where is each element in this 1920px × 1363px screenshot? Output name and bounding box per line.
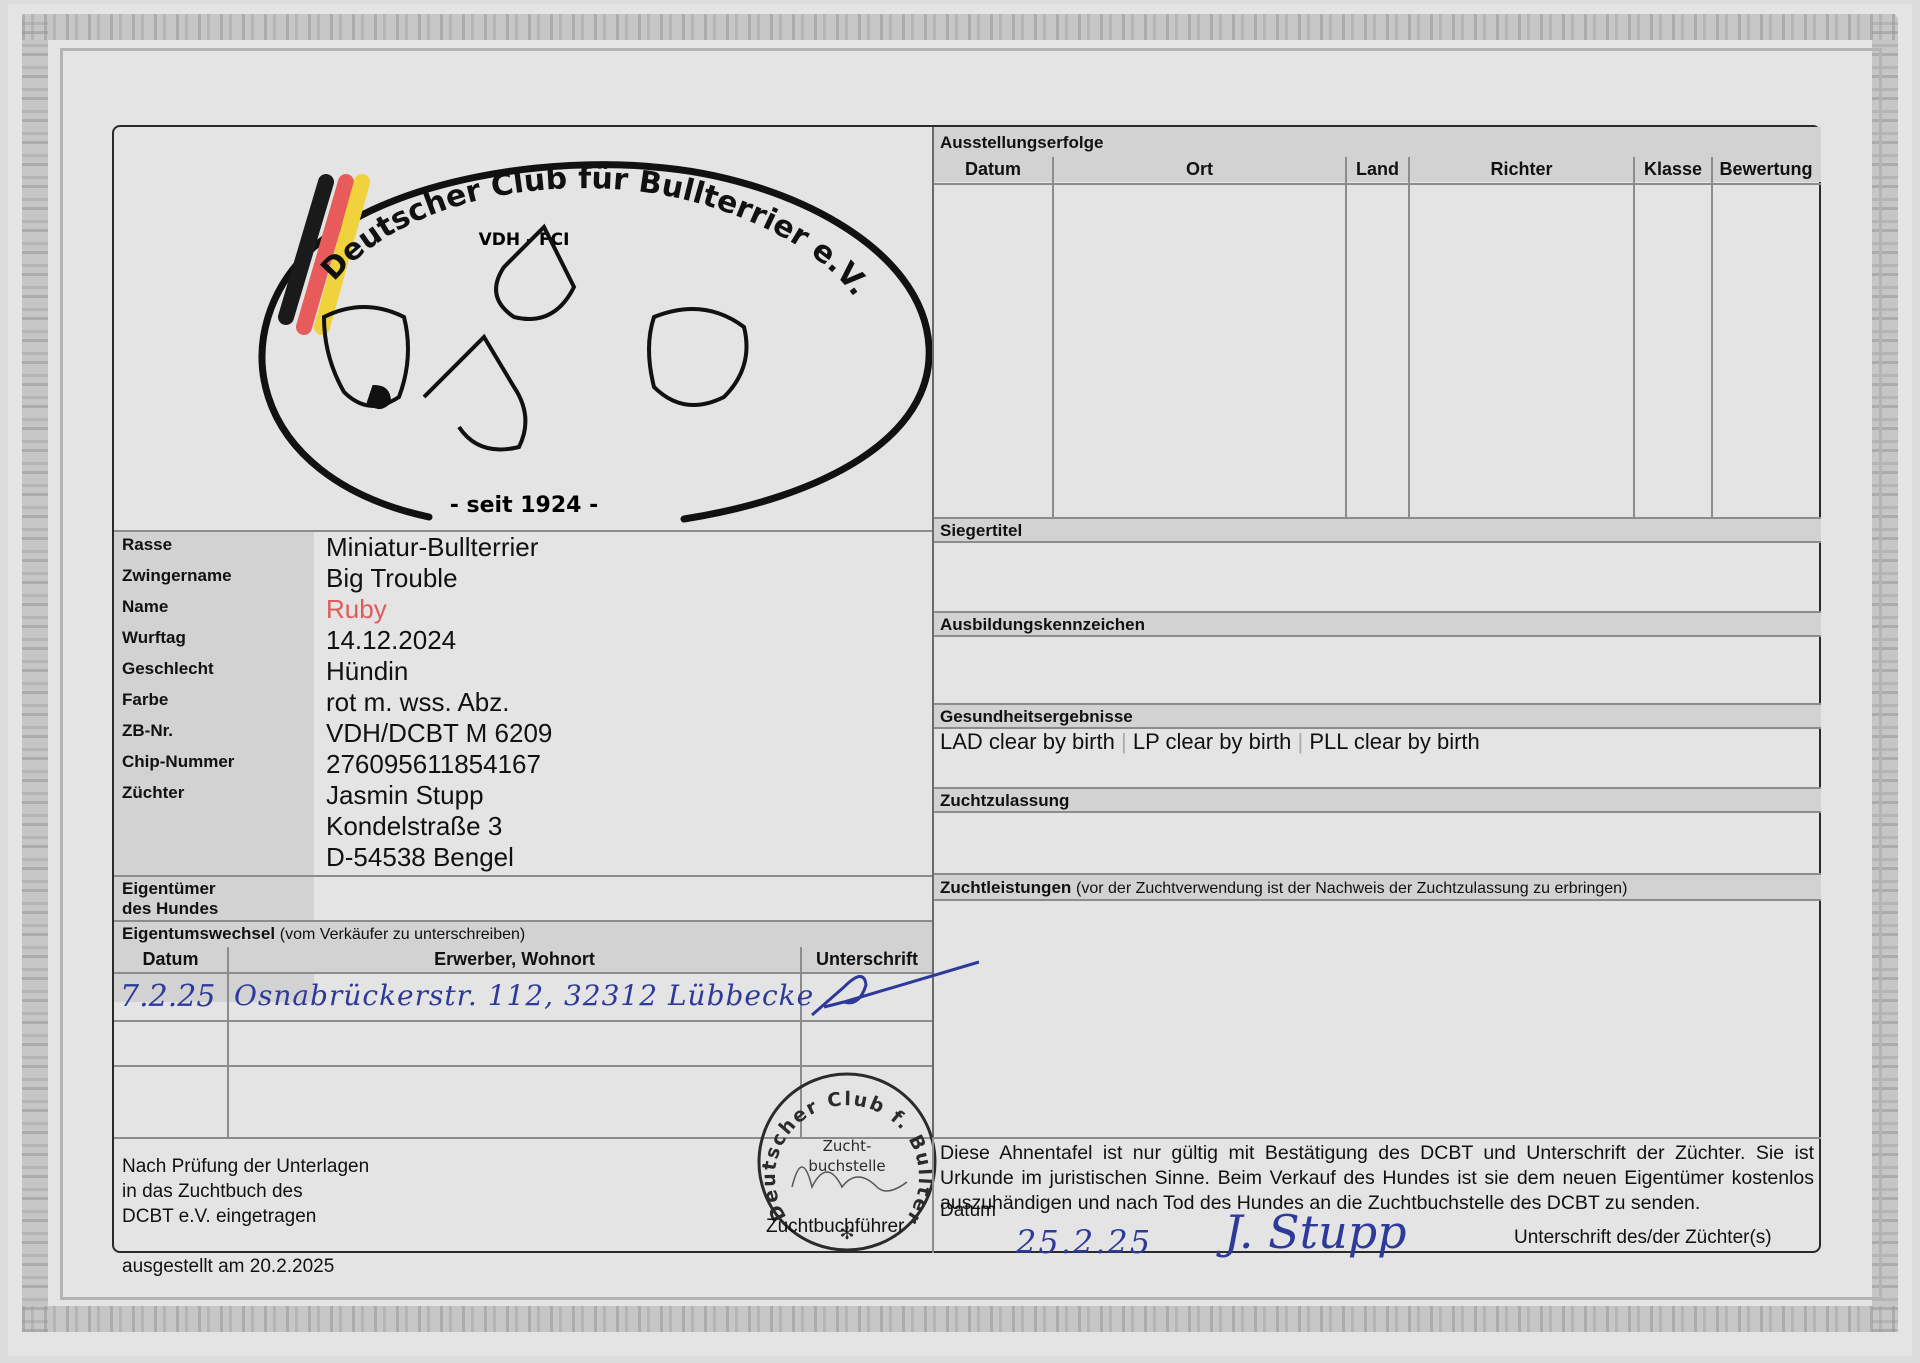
value-zb-nr: VDH/DCBT M 6209 [326,718,552,749]
zuchtzulassung-title: Zuchtzulassung [940,791,1069,811]
label-rasse: Rasse [122,535,172,555]
label-wurftag: Wurftag [122,628,186,648]
col-land: Land [1347,159,1408,180]
col-owner-datum: Datum [114,949,227,970]
health-results: LAD clear by birth | LP clear by birth |… [940,729,1480,755]
svg-text:Deutscher Club für Bullterrier: Deutscher Club für Bullterrier e.V. [314,161,876,302]
label-farbe: Farbe [122,690,168,710]
zuchtbuchfuehrer-label: Zuchtbuchführer [766,1214,904,1239]
club-name: Deutscher Club für Bullterrier e.V. [314,161,876,302]
registration-line1: Nach Prüfung der Unterlagen [122,1154,369,1179]
since-year: - seit 1924 - [450,493,599,518]
breeder-signature: J. Stupp [1224,1205,1407,1259]
ausbildung-title: Ausbildungskennzeichen [940,615,1145,635]
col-datum: Datum [934,159,1052,180]
ownership-change-title: Eigentumswechsel [122,924,275,943]
value-zuechter-name: Jasmin Stupp [326,780,484,811]
validity-date-value: 25.2.25 [1016,1223,1152,1261]
value-name: Ruby [326,594,387,625]
club-logo: Deutscher Club für Bullterrier e.V. VDH … [224,147,944,527]
registration-line2: in das Zuchtbuch des [122,1179,303,1204]
value-geschlecht: Hündin [326,656,408,687]
col-erwerber: Erwerber, Wohnort [229,949,800,970]
health-lp: LP clear by birth [1133,729,1292,754]
label-owner-line1: Eigentümer [122,879,216,899]
health-pll: PLL clear by birth [1309,729,1479,754]
registration-line3: DCBT e.V. eingetragen [122,1204,316,1229]
label-zb-nr: ZB-Nr. [122,721,173,741]
owner-field[interactable] [314,877,932,920]
col-richter: Richter [1410,159,1633,180]
label-zwingername: Zwingername [122,566,232,586]
col-ort: Ort [1054,159,1345,180]
owner-change-date: 7.2.25 [120,979,215,1014]
validity-date-label: Datum [940,1198,996,1223]
value-zuechter-city: D-54538 Bengel [326,842,514,873]
value-farbe: rot m. wss. Abz. [326,687,510,718]
label-geschlecht: Geschlecht [122,659,214,679]
value-zuechter-street: Kondelstraße 3 [326,811,502,842]
value-rasse: Miniatur-Bullterrier [326,532,538,563]
zuchtleistungen-title: Zuchtleistungen [940,878,1071,897]
zuchtzulassung-field[interactable] [934,813,1821,873]
label-name: Name [122,597,168,617]
col-bewertung: Bewertung [1713,159,1819,180]
zuchtleistungen-note: (vor der Zuchtverwendung ist der Nachwei… [1076,880,1627,897]
zuchtleistungen-field[interactable] [934,901,1821,1137]
dog-heads-illustration [324,227,747,450]
value-chip-nummer: 276095611854167 [326,749,541,780]
stamp-center-line2: buchstelle [808,1157,885,1175]
health-lad: LAD clear by birth [940,729,1115,754]
show-results-title: Ausstellungserfolge [940,133,1103,153]
label-chip-nummer: Chip-Nummer [122,752,234,772]
ownership-change-subtitle: (vom Verkäufer zu unterschreiben) [280,926,525,943]
issued-date: ausgestellt am 20.2.2025 [122,1254,334,1279]
ausbildung-field[interactable] [934,637,1821,703]
siegertitel-field[interactable] [934,543,1821,611]
breeder-signature-label: Unterschrift des/der Züchter(s) [1514,1225,1772,1250]
gesundheit-title: Gesundheitsergebnisse [940,707,1133,727]
value-zwingername: Big Trouble [326,563,458,594]
owner-change-buyer: Osnabrückerstr. 112, 32312 Lübbecke [234,979,814,1012]
col-klasse: Klasse [1635,159,1711,180]
pedigree-form: Deutscher Club für Bullterrier e.V. VDH … [112,125,1821,1253]
label-zuechter: Züchter [122,783,184,803]
label-owner-line2: des Hundes [122,899,218,919]
siegertitel-title: Siegertitel [940,521,1022,541]
value-wurftag: 14.12.2024 [326,625,456,656]
stamp-center-line1: Zucht- [823,1137,872,1155]
